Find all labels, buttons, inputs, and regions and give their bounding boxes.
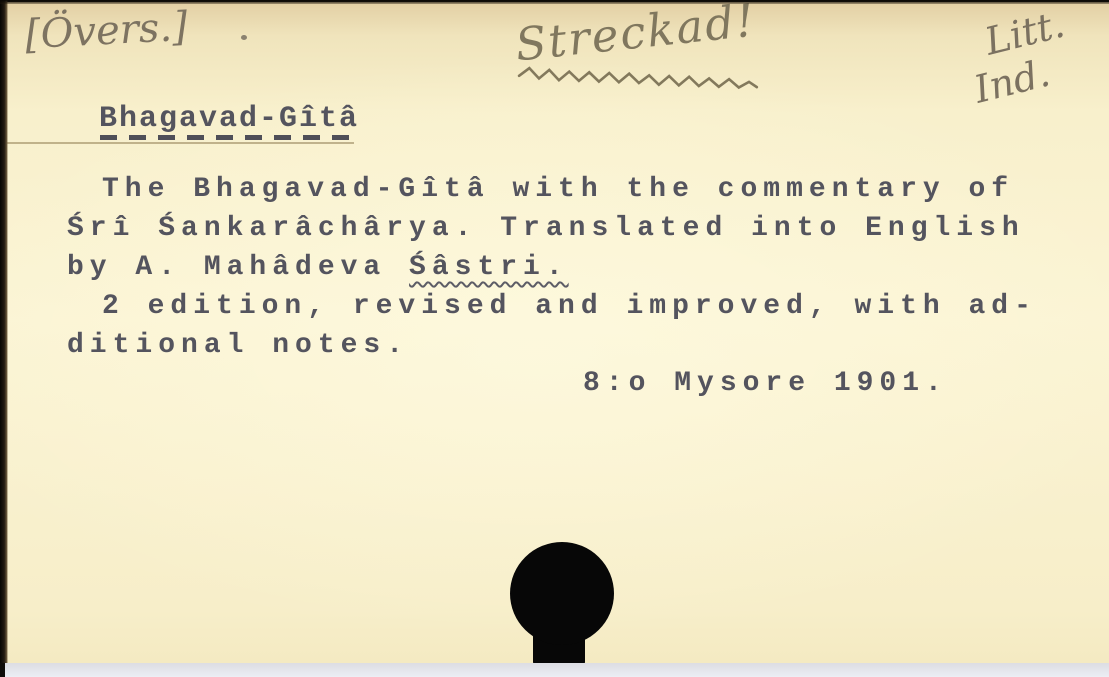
handwritten-note-litt-ind: Litt. Ind. — [981, 2, 1080, 107]
zigzag-underline — [517, 62, 762, 98]
scan-edge-left — [0, 0, 8, 663]
catalog-card: [Övers.] Streckad! Litt. Ind. Bhagavad-G… — [5, 2, 1109, 663]
body-line-3-prefix: by A. Mahâdeva — [67, 252, 409, 283]
scan-strip-bottom — [5, 663, 1109, 677]
pencil-dot — [241, 35, 247, 40]
body-line-1: The Bhagavad-Gîtâ with the commentary of — [102, 174, 1014, 205]
imprint-line: 8:o Mysore 1901. — [583, 368, 948, 399]
body-line-4: 2 edition, revised and improved, with ad… — [102, 291, 1037, 322]
body-line-3: by A. Mahâdeva Śâstri. — [67, 252, 569, 283]
card-heading-title: Bhagavad-Gîtâ — [99, 102, 359, 136]
body-line-2: Śrî Śankarâchârya. Translated into Engli… — [67, 213, 1025, 244]
handwritten-note-streckad: Streckad! — [513, 0, 758, 71]
ruled-line — [5, 142, 354, 144]
ind-line: Ind. — [970, 44, 1080, 111]
body-line-5: ditional notes. — [67, 330, 409, 361]
punch-hole — [510, 542, 614, 645]
scan-edge-top — [0, 0, 1109, 4]
author-surname-underlined: Śâstri. — [409, 252, 569, 283]
handwritten-note-overs: [Övers.] — [24, 4, 189, 58]
heading-dashed-underline — [100, 135, 355, 140]
